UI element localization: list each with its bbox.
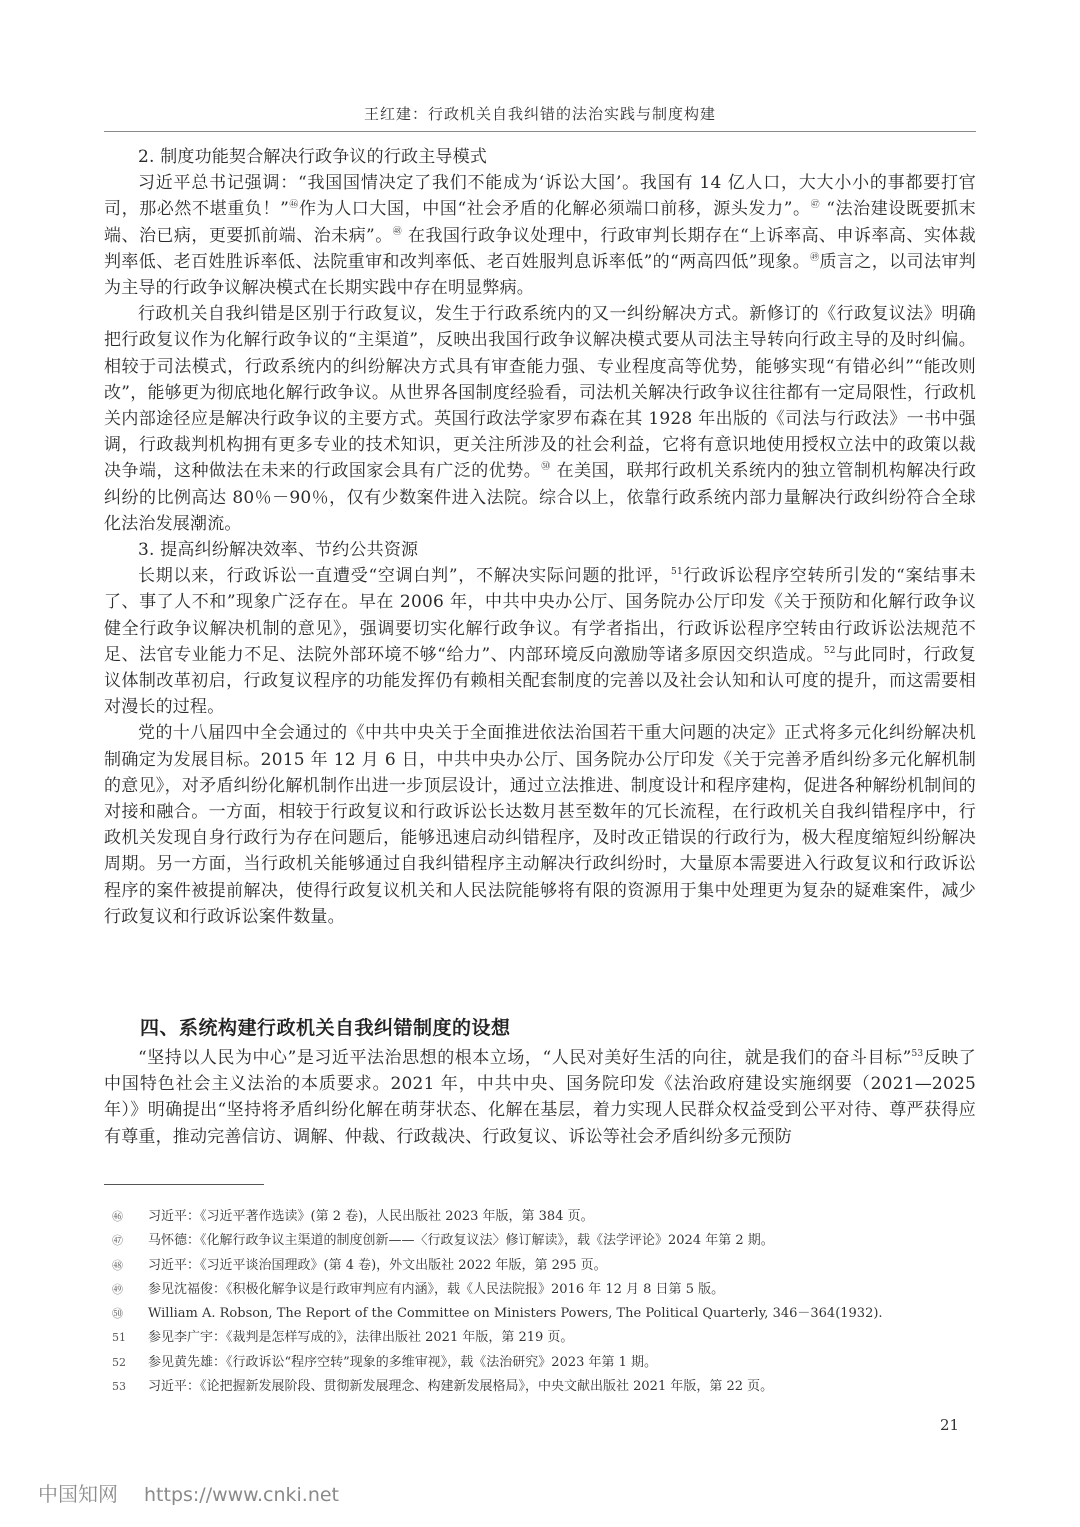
paragraph-4: 党的十八届四中全会通过的《中共中央关于全面推进依法治国若干重大问题的决定》正式将… xyxy=(104,720,976,930)
footnote-ref-50[interactable]: ㊿ xyxy=(541,462,551,472)
paragraph-1: 习近平总书记强调：“我国国情决定了我们不能成为‘诉讼大国’。我国有 14 亿人口… xyxy=(104,170,976,301)
section-paragraph-1: “坚持以人民为中心”是习近平法治思想的根本立场，“人民对美好生活的向往，就是我们… xyxy=(104,1045,976,1150)
footnote-ref-53[interactable]: 53 xyxy=(912,1049,924,1059)
footnote-marker: ㊿ xyxy=(104,1302,148,1326)
footnote-marker: ㊽ xyxy=(104,1254,148,1278)
footnote-53: 53习近平：《论把握新发展阶段、贯彻新发展理念、构建新发展格局》，中央文献出版社… xyxy=(104,1375,984,1399)
footnote-49: ㊾参见沈福俊：《积极化解争议是行政审判应有内涵》，载《人民法院报》2016 年 … xyxy=(104,1278,984,1302)
footnote-marker: ㊻ xyxy=(104,1205,148,1229)
footnote-ref-51[interactable]: 51 xyxy=(671,567,683,577)
footnote-47: ㊼马怀德：《化解行政争议主渠道的制度创新——〈行政复议法〉修订解读》，载《法学评… xyxy=(104,1229,984,1253)
footnote-52: 52参见黄先雄：《行政诉讼“程序空转”现象的多维审视》，载《法治研究》2023 … xyxy=(104,1351,984,1375)
paragraph-2: 行政机关自我纠错是区别于行政复议，发生于行政系统内的又一纠纷解决方式。新修订的《… xyxy=(104,301,976,537)
subheading-3: 3. 提高纠纷解决效率、节约公共资源 xyxy=(104,537,976,563)
footnote-marker: 51 xyxy=(104,1326,148,1350)
cnki-watermark: 中国知网https://www.cnki.net xyxy=(38,1478,339,1507)
footnote-ref-52[interactable]: 52 xyxy=(824,646,836,656)
footnote-marker: 53 xyxy=(104,1375,148,1399)
body-text: 2. 制度功能契合解决行政争议的行政主导模式 习近平总书记强调：“我国国情决定了… xyxy=(104,144,976,930)
cnki-brand: 中国知网 xyxy=(38,1482,118,1506)
footnote-ref-47[interactable]: ㊼ xyxy=(811,200,821,210)
footnote-48: ㊽习近平：《习近平谈治国理政》(第 4 卷)，外文出版社 2022 年版，第 2… xyxy=(104,1254,984,1278)
footnote-marker: ㊾ xyxy=(104,1278,148,1302)
running-header: 王红建：行政机关自我纠错的法治实践与制度构建 xyxy=(0,103,1080,124)
footnote-marker: ㊼ xyxy=(104,1229,148,1253)
section-body: “坚持以人民为中心”是习近平法治思想的根本立场，“人民对美好生活的向往，就是我们… xyxy=(104,1045,976,1150)
section-title: 四、系统构建行政机关自我纠错制度的设想 xyxy=(140,1013,511,1040)
footnote-text: William A. Robson, The Report of the Com… xyxy=(148,1302,883,1326)
footnote-51: 51参见李广宇：《裁判是怎样写成的》，法律出版社 2021 年版，第 219 页… xyxy=(104,1326,984,1350)
footnote-text: 习近平：《习近平谈治国理政》(第 4 卷)，外文出版社 2022 年版，第 29… xyxy=(148,1254,607,1278)
footnote-text: 参见黄先雄：《行政诉讼“程序空转”现象的多维审视》，载《法治研究》2023 年第… xyxy=(148,1351,657,1375)
footnotes: ㊻习近平：《习近平著作选读》(第 2 卷)，人民出版社 2023 年版，第 38… xyxy=(104,1205,984,1399)
footnote-50: ㊿William A. Robson, The Report of the Co… xyxy=(104,1302,984,1326)
footnote-text: 习近平：《论把握新发展阶段、贯彻新发展理念、构建新发展格局》，中央文献出版社 2… xyxy=(148,1375,773,1399)
header-rule xyxy=(104,131,976,132)
footnote-text: 参见沈福俊：《积极化解争议是行政审判应有内涵》，载《人民法院报》2016 年 1… xyxy=(148,1278,724,1302)
cnki-url-link[interactable]: https://www.cnki.net xyxy=(144,1484,339,1506)
subheading-2: 2. 制度功能契合解决行政争议的行政主导模式 xyxy=(104,144,976,170)
footnote-text: 参见李广宇：《裁判是怎样写成的》，法律出版社 2021 年版，第 219 页。 xyxy=(148,1326,573,1350)
footnote-ref-48[interactable]: ㊽ xyxy=(393,227,402,237)
footnote-46: ㊻习近平：《习近平著作选读》(第 2 卷)，人民出版社 2023 年版，第 38… xyxy=(104,1205,984,1229)
footnote-ref-49[interactable]: ㊾ xyxy=(810,253,819,263)
footnote-rule xyxy=(104,1184,264,1185)
footnote-ref-46[interactable]: ㊻ xyxy=(289,200,299,210)
page-number: 21 xyxy=(940,1416,959,1434)
footnote-marker: 52 xyxy=(104,1351,148,1375)
footnote-text: 习近平：《习近平著作选读》(第 2 卷)，人民出版社 2023 年版，第 384… xyxy=(148,1205,594,1229)
paragraph-3: 长期以来，行政诉讼一直遭受“空调白判”，不解决实际问题的批评，51行政诉讼程序空… xyxy=(104,563,976,720)
footnote-text: 马怀德：《化解行政争议主渠道的制度创新——〈行政复议法〉修订解读》，载《法学评论… xyxy=(148,1229,774,1253)
